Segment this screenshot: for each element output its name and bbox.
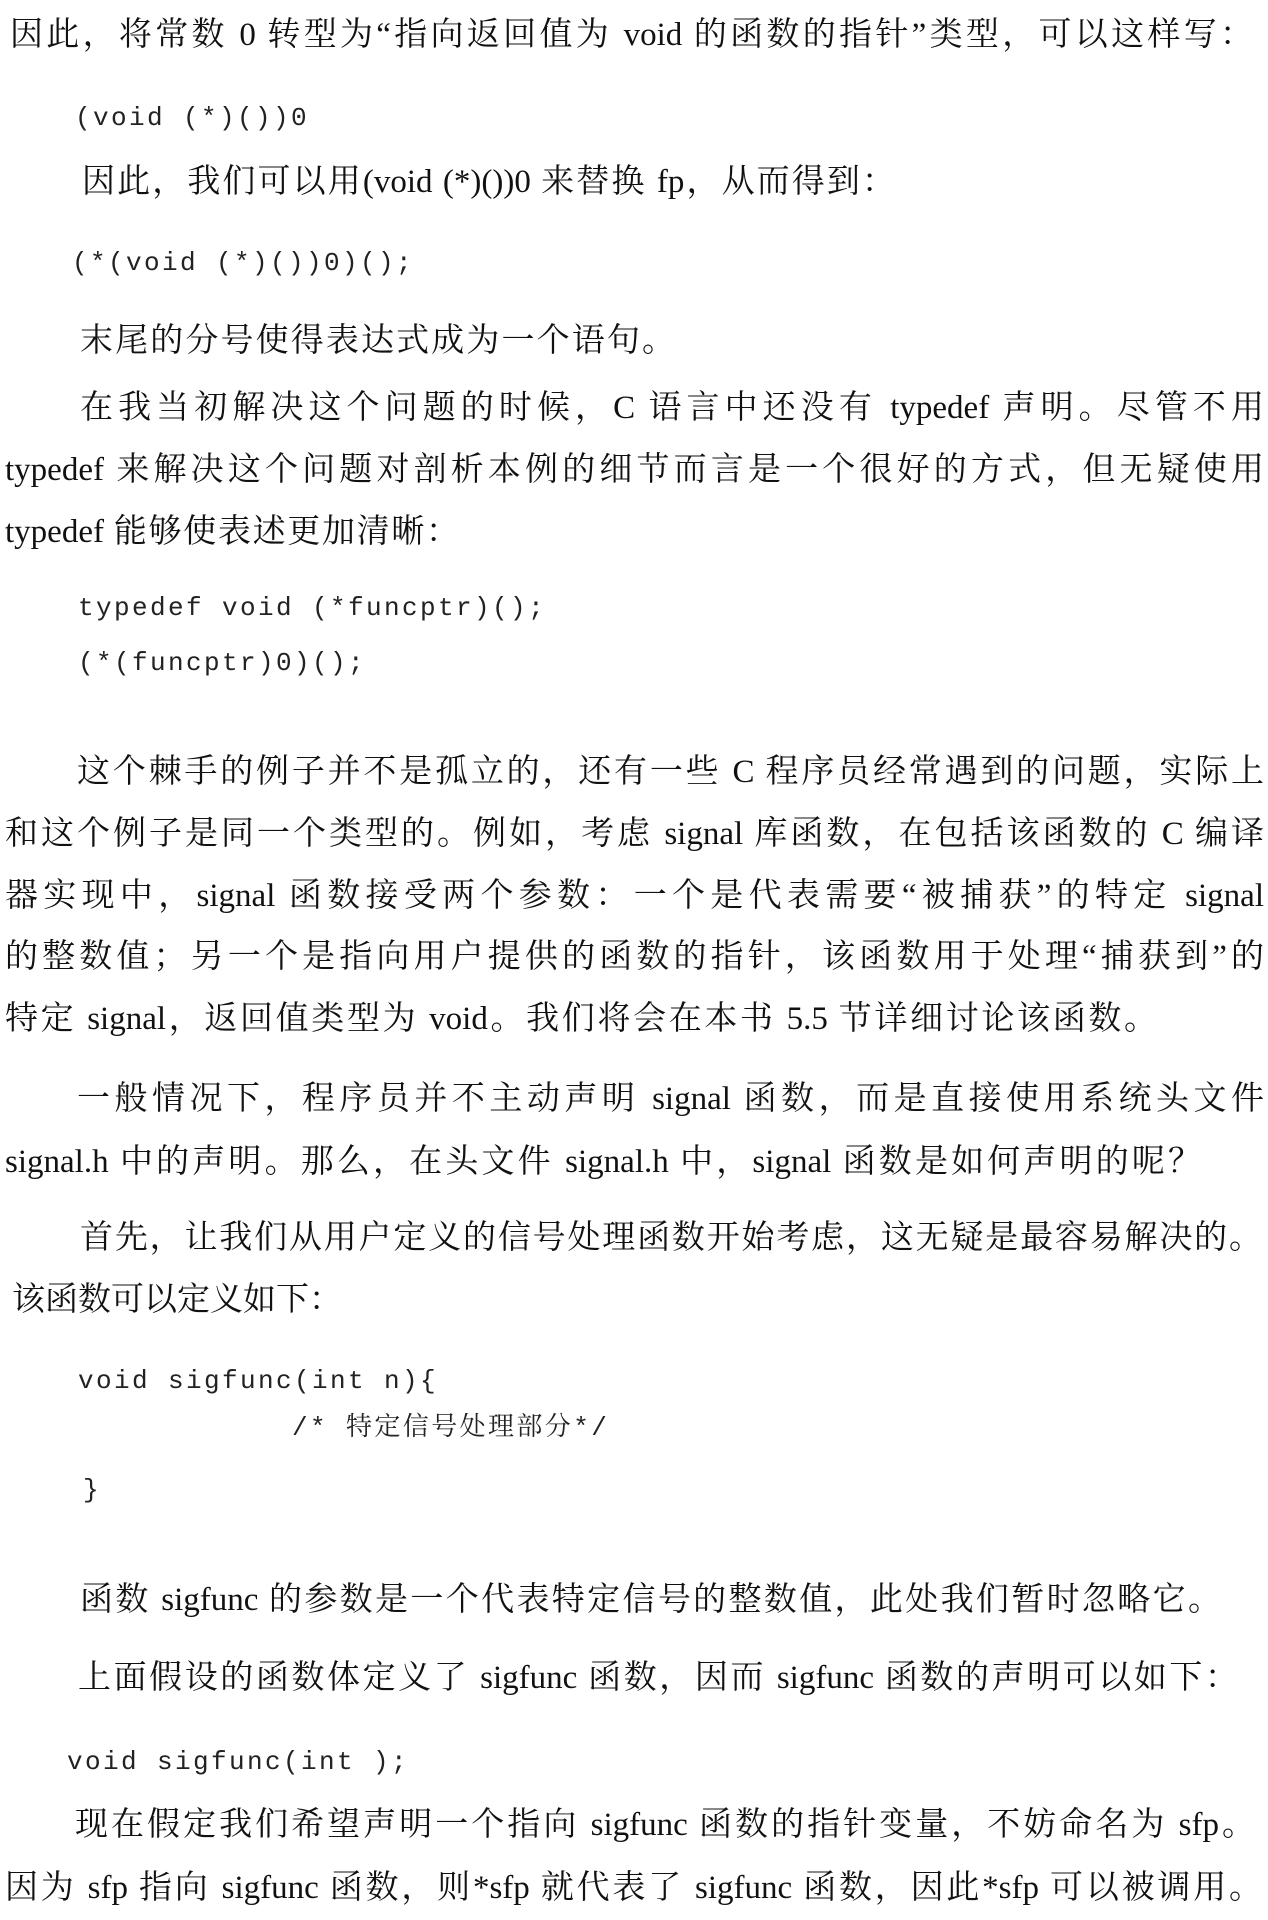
paragraph-line: typedef 来解决这个问题对剖析本例的细节而言是一个很好的方式，但无疑使用	[5, 450, 1264, 490]
paragraph-line: 在我当初解决这个问题的时候，C 语言中还没有 typedef 声明。尽管不用	[80, 388, 1264, 428]
paragraph-line: 末尾的分号使得表达式成为一个语句。	[80, 321, 675, 361]
paragraph-line: 这个棘手的例子并不是孤立的，还有一些 C 程序员经常遇到的问题，实际上	[77, 752, 1264, 792]
code-line: void sigfunc(int n){	[78, 1361, 438, 1401]
code-comment-line: /* 特定信号处理部分*/	[292, 1408, 609, 1448]
code-line: void sigfunc(int );	[67, 1742, 409, 1782]
book-page: 因此，将常数 0 转型为“指向返回值为 void 的函数的指针”类型，可以这样写…	[0, 0, 1268, 1920]
paragraph-line: 首先，让我们从用户定义的信号处理函数开始考虑，这无疑是最容易解决的。	[80, 1218, 1262, 1258]
paragraph-line: 该函数可以定义如下：	[12, 1280, 333, 1320]
code-line: (*(funcptr)0)();	[78, 643, 366, 683]
paragraph-line: typedef 能够使表述更加清晰：	[5, 512, 459, 552]
paragraph-line: 函数 sigfunc 的参数是一个代表特定信号的整数值，此处我们暂时忽略它。	[80, 1580, 1221, 1620]
code-line: (void (*)())0	[75, 98, 309, 138]
paragraph-line: 的整数值；另一个是指向用户提供的函数的指针，该函数用于处理“捕获到”的	[5, 937, 1264, 977]
paragraph-line: 上面假设的函数体定义了 sigfunc 函数，因而 sigfunc 函数的声明可…	[78, 1658, 1238, 1698]
paragraph-line: 现在假定我们希望声明一个指向 sigfunc 函数的指针变量，不妨命名为 sfp…	[75, 1805, 1255, 1845]
paragraph-line: 和这个例子是同一个类型的。例如，考虑 signal 库函数，在包括该函数的 C …	[5, 814, 1264, 854]
paragraph-line: 特定 signal，返回值类型为 void。我们将会在本书 5.5 节详细讨论该…	[5, 999, 1157, 1039]
code-line: typedef void (*funcptr)();	[78, 588, 546, 628]
paragraph-line: signal.h 中的声明。那么，在头文件 signal.h 中，signal …	[5, 1142, 1201, 1182]
paragraph-line: 器实现中，signal 函数接受两个参数：一个是代表需要“被捕获”的特定 sig…	[5, 876, 1264, 916]
paragraph-line: 因此，我们可以用(void (*)())0 来替换 fp，从而得到：	[82, 162, 895, 202]
paragraph-line: 因此，将常数 0 转型为“指向返回值为 void 的函数的指针”类型，可以这样写…	[10, 15, 1253, 55]
code-line: (*(void (*)())0)();	[72, 243, 414, 283]
paragraph-line: 因为 sfp 指向 sigfunc 函数，则*sfp 就代表了 sigfunc …	[5, 1868, 1262, 1908]
paragraph-line: 一般情况下，程序员并不主动声明 signal 函数，而是直接使用系统头文件	[77, 1079, 1264, 1119]
code-line: }	[83, 1470, 101, 1510]
